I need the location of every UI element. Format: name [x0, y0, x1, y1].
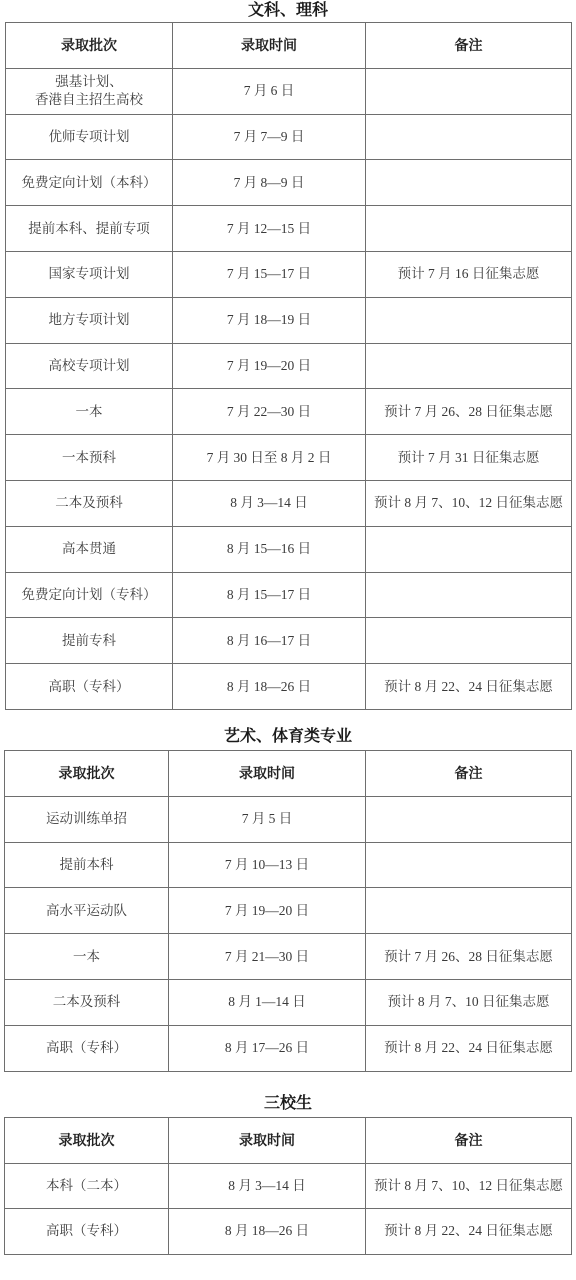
time-cell: 8 月 15—17 日	[173, 572, 366, 618]
note-cell	[366, 297, 572, 343]
batch-cell: 提前本科	[5, 842, 169, 888]
table-header-row: 录取批次 录取时间 备注	[6, 23, 572, 69]
time-cell: 8 月 1—14 日	[169, 979, 366, 1025]
time-cell: 7 月 19—20 日	[169, 888, 366, 934]
time-cell: 8 月 18—26 日	[173, 664, 366, 710]
batch-cell: 提前专科	[6, 618, 173, 664]
time-cell: 8 月 3—14 日	[169, 1163, 366, 1209]
batch-cell: 高水平运动队	[5, 888, 169, 934]
time-cell: 7 月 22—30 日	[173, 389, 366, 435]
batch-line-1: 强基计划、	[55, 74, 123, 89]
batch-cell: 高职（专科）	[5, 1209, 169, 1255]
table-row: 运动训练单招7 月 5 日	[5, 796, 572, 842]
header-note: 备注	[366, 23, 572, 69]
note-cell	[366, 526, 572, 572]
time-cell: 7 月 5 日	[169, 796, 366, 842]
section-title-art-sports: 艺术、体育类专业	[0, 727, 576, 747]
header-batch: 录取批次	[6, 23, 173, 69]
batch-cell: 地方专项计划	[6, 297, 173, 343]
time-cell: 7 月 10—13 日	[169, 842, 366, 888]
table-row: 免费定向计划（本科）7 月 8—9 日	[6, 160, 572, 206]
batch-cell: 免费定向计划（本科）	[6, 160, 173, 206]
table-row: 高校专项计划7 月 19—20 日	[6, 343, 572, 389]
time-cell: 8 月 15—16 日	[173, 526, 366, 572]
header-batch: 录取批次	[5, 751, 169, 797]
section-title-arts-science: 文科、理科	[0, 1, 576, 21]
time-cell: 7 月 6 日	[173, 68, 366, 114]
note-cell	[366, 68, 572, 114]
table-row: 一本7 月 22—30 日预计 7 月 26、28 日征集志愿	[6, 389, 572, 435]
time-cell: 8 月 17—26 日	[169, 1025, 366, 1071]
time-cell: 7 月 18—19 日	[173, 297, 366, 343]
time-cell: 7 月 21—30 日	[169, 934, 366, 980]
note-cell: 预计 8 月 22、24 日征集志愿	[366, 664, 572, 710]
batch-cell: 免费定向计划（专科）	[6, 572, 173, 618]
table-row: 优师专项计划7 月 7—9 日	[6, 114, 572, 160]
table-row: 一本预科7 月 30 日至 8 月 2 日预计 7 月 31 日征集志愿	[6, 435, 572, 481]
note-cell	[366, 343, 572, 389]
table-header-row: 录取批次 录取时间 备注	[5, 1118, 572, 1164]
batch-cell: 提前本科、提前专项	[6, 206, 173, 252]
table-row: 高职（专科）8 月 18—26 日预计 8 月 22、24 日征集志愿	[5, 1209, 572, 1255]
section-title-vocational: 三校生	[0, 1094, 576, 1114]
time-cell: 7 月 15—17 日	[173, 251, 366, 297]
time-cell: 8 月 3—14 日	[173, 480, 366, 526]
table-row: 二本及预科8 月 3—14 日预计 8 月 7、10、12 日征集志愿	[6, 480, 572, 526]
batch-cell: 强基计划、香港自主招生高校	[6, 68, 173, 114]
time-cell: 7 月 7—9 日	[173, 114, 366, 160]
batch-cell: 二本及预科	[5, 979, 169, 1025]
note-cell: 预计 8 月 7、10 日征集志愿	[366, 979, 572, 1025]
batch-cell: 优师专项计划	[6, 114, 173, 160]
note-cell	[366, 796, 572, 842]
note-cell	[366, 572, 572, 618]
note-cell: 预计 8 月 7、10、12 日征集志愿	[366, 480, 572, 526]
table-row: 高本贯通8 月 15—16 日	[6, 526, 572, 572]
note-cell	[366, 888, 572, 934]
batch-cell: 高职（专科）	[5, 1025, 169, 1071]
table-row: 高水平运动队7 月 19—20 日	[5, 888, 572, 934]
note-cell	[366, 842, 572, 888]
note-cell: 预计 7 月 16 日征集志愿	[366, 251, 572, 297]
note-cell: 预计 8 月 22、24 日征集志愿	[366, 1209, 572, 1255]
batch-cell: 一本	[6, 389, 173, 435]
batch-cell: 高职（专科）	[6, 664, 173, 710]
admission-table-arts-science: 录取批次 录取时间 备注 强基计划、香港自主招生高校 7 月 6 日 优师专项计…	[5, 22, 572, 710]
table-row: 提前本科、提前专项7 月 12—15 日	[6, 206, 572, 252]
batch-cell: 高本贯通	[6, 526, 173, 572]
table-row: 地方专项计划7 月 18—19 日	[6, 297, 572, 343]
table-header-row: 录取批次 录取时间 备注	[5, 751, 572, 797]
admission-table-art-sports: 录取批次 录取时间 备注 运动训练单招7 月 5 日 提前本科7 月 10—13…	[4, 750, 572, 1072]
table-row: 二本及预科8 月 1—14 日预计 8 月 7、10 日征集志愿	[5, 979, 572, 1025]
time-cell: 7 月 12—15 日	[173, 206, 366, 252]
table-row: 本科（二本）8 月 3—14 日预计 8 月 7、10、12 日征集志愿	[5, 1163, 572, 1209]
note-cell: 预计 7 月 26、28 日征集志愿	[366, 934, 572, 980]
truncated-paragraph	[28, 1272, 568, 1280]
time-cell: 7 月 19—20 日	[173, 343, 366, 389]
table-row: 高职（专科）8 月 18—26 日预计 8 月 22、24 日征集志愿	[6, 664, 572, 710]
table-row: 提前本科7 月 10—13 日	[5, 842, 572, 888]
header-note: 备注	[366, 1118, 572, 1164]
note-cell	[366, 618, 572, 664]
note-cell	[366, 206, 572, 252]
header-batch: 录取批次	[5, 1118, 169, 1164]
batch-cell: 二本及预科	[6, 480, 173, 526]
header-time: 录取时间	[169, 1118, 366, 1164]
table-row: 国家专项计划7 月 15—17 日预计 7 月 16 日征集志愿	[6, 251, 572, 297]
header-note: 备注	[366, 751, 572, 797]
time-cell: 8 月 18—26 日	[169, 1209, 366, 1255]
table-row: 强基计划、香港自主招生高校 7 月 6 日	[6, 68, 572, 114]
table-row: 一本7 月 21—30 日预计 7 月 26、28 日征集志愿	[5, 934, 572, 980]
header-time: 录取时间	[169, 751, 366, 797]
note-cell	[366, 160, 572, 206]
time-cell: 8 月 16—17 日	[173, 618, 366, 664]
batch-cell: 运动训练单招	[5, 796, 169, 842]
note-cell: 预计 7 月 26、28 日征集志愿	[366, 389, 572, 435]
batch-cell: 本科（二本）	[5, 1163, 169, 1209]
note-cell: 预计 7 月 31 日征集志愿	[366, 435, 572, 481]
time-cell: 7 月 8—9 日	[173, 160, 366, 206]
table-row: 高职（专科）8 月 17—26 日预计 8 月 22、24 日征集志愿	[5, 1025, 572, 1071]
batch-cell: 国家专项计划	[6, 251, 173, 297]
admission-table-vocational: 录取批次 录取时间 备注 本科（二本）8 月 3—14 日预计 8 月 7、10…	[4, 1117, 572, 1255]
time-cell: 7 月 30 日至 8 月 2 日	[173, 435, 366, 481]
batch-cell: 高校专项计划	[6, 343, 173, 389]
batch-line-2: 香港自主招生高校	[35, 92, 143, 107]
batch-cell: 一本	[5, 934, 169, 980]
table-row: 免费定向计划（专科）8 月 15—17 日	[6, 572, 572, 618]
header-time: 录取时间	[173, 23, 366, 69]
table-row: 提前专科8 月 16—17 日	[6, 618, 572, 664]
batch-cell: 一本预科	[6, 435, 173, 481]
note-cell: 预计 8 月 7、10、12 日征集志愿	[366, 1163, 572, 1209]
note-cell	[366, 114, 572, 160]
note-cell: 预计 8 月 22、24 日征集志愿	[366, 1025, 572, 1071]
